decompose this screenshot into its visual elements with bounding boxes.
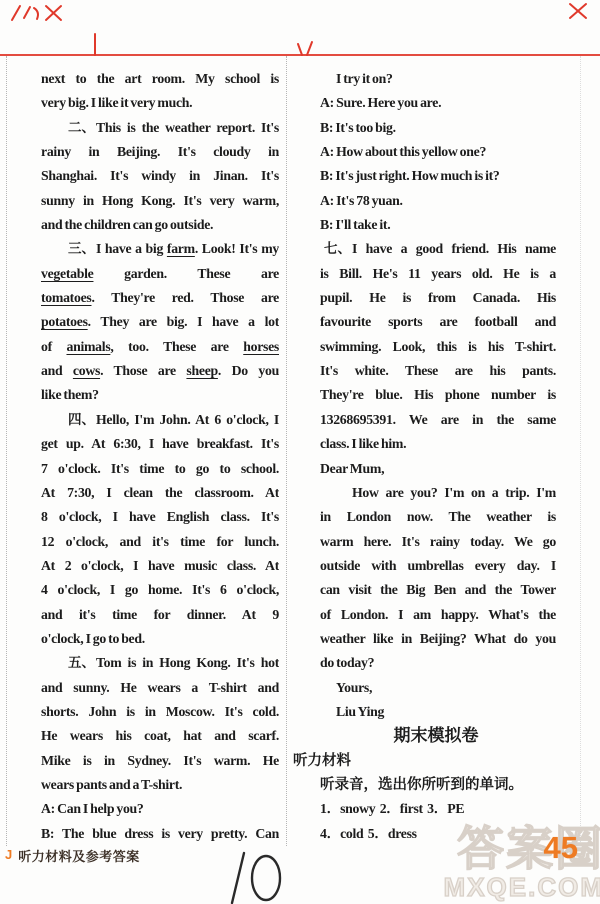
line-text: and it's time for dinner. At 9 <box>41 607 279 622</box>
line-text: They're blue. His phone number is <box>320 387 556 402</box>
line-text: class. I like him. <box>320 436 406 451</box>
line-text: B: It's just right. How much is it? <box>320 168 500 183</box>
line-text: and the children can go outside. <box>41 217 213 232</box>
line-text: 期末模拟卷 <box>394 726 479 745</box>
right-column-text: I try it on?A: Sure. Here you are.B: It'… <box>286 56 580 846</box>
text-line: 二、This is the weather report. It's <box>41 116 279 140</box>
text-line: tomatoes. They're red. Those are <box>41 286 279 310</box>
text-line: 六、A: Can I help you? <box>41 797 279 821</box>
handwritten-digit-0 <box>252 856 280 900</box>
red-comma-mark <box>34 8 38 19</box>
text-line: 期末模拟卷 <box>292 724 580 748</box>
text-line: 一、听录音，选出你所听到的单词。 <box>320 773 556 797</box>
text-line: do today? <box>320 651 556 675</box>
text-line: How are you? I'm on a trip. I'm <box>320 481 556 505</box>
text-line: At 2 o'clock, I have music class. At <box>41 554 279 578</box>
text-line: favourite sports are football and <box>320 310 556 334</box>
footer-bar: J 听力材料及参考答案 <box>5 845 140 865</box>
text-line: B: I'll take it. <box>320 213 556 237</box>
line-text: outside with umbrellas every day. I <box>320 558 556 573</box>
line-text: 12 o'clock, and it's time for lunch. <box>41 534 279 549</box>
line-text: weather like in Beijing? What do you <box>320 631 556 646</box>
line-text: 8 o'clock, I have English class. It's <box>41 509 279 524</box>
line-text: At 2 o'clock, I have music class. At <box>41 558 279 573</box>
text-line: B: It's just right. How much is it? <box>320 164 556 188</box>
line-text: Liu Ying <box>336 704 384 719</box>
line-text: sunny in Hong Kong. It's very warm, <box>41 193 279 208</box>
text-line: 听力材料 <box>293 749 529 773</box>
text-line: swimming. Look, this is his T-shirt. <box>320 335 556 359</box>
right-column: I try it on?A: Sure. Here you are.B: It'… <box>286 56 581 846</box>
line-text: A: It's 78 yuan. <box>320 193 403 208</box>
text-line: next to the art room. My school is <box>41 67 279 91</box>
line-text: favourite sports are football and <box>320 314 556 329</box>
text-line: Mike is in Sydney. It's warm. He <box>41 749 279 773</box>
text-line: 四、Hello, I'm John. At 6 o'clock, I <box>41 408 279 432</box>
page-number: 45 <box>544 830 578 866</box>
text-line: 4．cold 5．dress <box>320 822 556 846</box>
text-line: pupil. He is from Canada. His <box>320 286 556 310</box>
text-line: 8 o'clock, I have English class. It's <box>41 505 279 529</box>
left-column-text: next to the art room. My school isvery b… <box>7 56 286 846</box>
line-text: vegetable garden. These are <box>41 266 279 281</box>
line-text: Shanghai. It's windy in Jinan. It's <box>41 168 279 183</box>
text-line: vegetable garden. These are <box>41 262 279 286</box>
text-line: B: It's too big. <box>320 116 556 140</box>
line-text: in London now. The weather is <box>320 509 556 524</box>
text-line: o'clock, I go to bed. <box>41 627 279 651</box>
line-text: can visit the Big Ben and the Tower <box>320 582 556 597</box>
line-text: 1．snowy 2．first 3．PE <box>320 801 464 816</box>
line-text: next to the art room. My school is <box>41 71 279 86</box>
text-line: 13268695391. We are in the same <box>320 408 556 432</box>
line-text: I have a good friend. His name <box>352 241 556 256</box>
text-line: warm here. It's rainy today. We go <box>320 530 556 554</box>
line-text: o'clock, I go to bed. <box>41 631 145 646</box>
line-text: wears pants and a T-shirt. <box>41 777 182 792</box>
text-line: Yours, <box>320 676 556 700</box>
text-line: They're blue. His phone number is <box>320 383 556 407</box>
text-line: 三、I have a big farm. Look! It's my <box>41 237 279 261</box>
line-text: Mike is in Sydney. It's warm. He <box>41 753 279 768</box>
line-text: Dear Mum, <box>320 461 384 476</box>
line-text: Hello, I'm John. At 6 o'clock, I <box>96 412 279 427</box>
text-line: of London. I am happy. What's the <box>320 603 556 627</box>
text-line: 7 o'clock. It's time to go to school. <box>41 457 279 481</box>
footer-badge-icon: J <box>5 847 12 863</box>
text-line: Liu Ying <box>320 700 556 724</box>
line-text: 4 o'clock, I go home. It's 6 o'clock, <box>41 582 279 597</box>
line-text: B: It's too big. <box>320 120 396 135</box>
text-line: 4 o'clock, I go home. It's 6 o'clock, <box>41 578 279 602</box>
text-line: and the children can go outside. <box>41 213 279 237</box>
text-line: can visit the Big Ben and the Tower <box>320 578 556 602</box>
line-text: 13268695391. We are in the same <box>320 412 556 427</box>
line-text: 4．cold 5．dress <box>320 826 417 841</box>
text-line: get up. At 6:30, I have breakfast. It's <box>41 432 279 456</box>
text-line: A: Sure. Here you are. <box>320 91 556 115</box>
text-line: shorts. John is in Moscow. It's cold. <box>41 700 279 724</box>
red-x-mark-right <box>570 4 586 18</box>
handwritten-digit-1 <box>232 853 244 903</box>
workbook-page: next to the art room. My school isvery b… <box>0 0 600 904</box>
red-stroke <box>24 7 30 18</box>
line-text: I have a big farm. Look! It's my <box>96 241 279 256</box>
text-line: and sunny. He wears a T-shirt and <box>41 676 279 700</box>
text-line: very big. I like it very much. <box>41 91 279 115</box>
line-text: and cows. Those are sheep. Do you <box>41 363 279 378</box>
left-column: next to the art room. My school isvery b… <box>6 56 287 846</box>
line-text: A: Can I help you? <box>41 801 144 816</box>
text-line: and it's time for dinner. At 9 <box>41 603 279 627</box>
text-line: is Bill. He's 11 years old. He is a <box>320 262 556 286</box>
text-line: outside with umbrellas every day. I <box>320 554 556 578</box>
text-line: in London now. The weather is <box>320 505 556 529</box>
line-text: get up. At 6:30, I have breakfast. It's <box>41 436 279 451</box>
text-line: sunny in Hong Kong. It's very warm, <box>41 189 279 213</box>
line-text: Yours, <box>336 680 372 695</box>
text-line: 八、Dear Mum, <box>320 457 556 481</box>
text-line: B: The blue dress is very pretty. Can <box>41 822 279 846</box>
text-line: Shanghai. It's windy in Jinan. It's <box>41 164 279 188</box>
line-text: potatoes. They are big. I have a lot <box>41 314 279 329</box>
line-text: very big. I like it very much. <box>41 95 192 110</box>
text-line: He wears his coat, hat and scarf. <box>41 724 279 748</box>
text-line: class. I like him. <box>320 432 556 456</box>
text-line: and cows. Those are sheep. Do you <box>41 359 279 383</box>
line-text: like them? <box>41 387 99 402</box>
line-text: It's white. These are his pants. <box>320 363 556 378</box>
text-line: like them? <box>41 383 279 407</box>
line-text: swimming. Look, this is his T-shirt. <box>320 339 556 354</box>
text-line: 五、Tom is in Hong Kong. It's hot <box>41 651 279 675</box>
line-text: He wears his coat, hat and scarf. <box>41 728 279 743</box>
red-stroke <box>12 6 20 20</box>
line-text: How are you? I'm on a trip. I'm <box>352 485 556 500</box>
text-line: It's white. These are his pants. <box>320 359 556 383</box>
text-line: potatoes. They are big. I have a lot <box>41 310 279 334</box>
line-text: warm here. It's rainy today. We go <box>320 534 556 549</box>
line-text: This is the weather report. It's <box>96 120 279 135</box>
line-text: of London. I am happy. What's the <box>320 607 556 622</box>
text-line: A: How about this yellow one? <box>320 140 556 164</box>
handwritten-score-10 <box>222 845 292 904</box>
red-x-mark-left <box>46 6 61 20</box>
text-line: 七、I have a good friend. His name <box>320 237 556 261</box>
line-text: do today? <box>320 655 374 670</box>
line-text: At 7:30, I clean the classroom. At <box>41 485 279 500</box>
line-text: A: How about this yellow one? <box>320 144 486 159</box>
text-line: of animals, too. These are horses <box>41 335 279 359</box>
line-text: I try it on? <box>336 71 393 86</box>
text-line: At 7:30, I clean the classroom. At <box>41 481 279 505</box>
line-text: shorts. John is in Moscow. It's cold. <box>41 704 279 719</box>
text-line: weather like in Beijing? What do you <box>320 627 556 651</box>
line-text: 听力材料 <box>293 753 351 769</box>
footer-label: 听力材料及参考答案 <box>18 846 140 865</box>
line-text: Tom is in Hong Kong. It's hot <box>96 655 279 670</box>
line-text: 7 o'clock. It's time to go to school. <box>41 461 279 476</box>
line-text: of animals, too. These are horses <box>41 339 279 354</box>
watermark-domain: MXQE.COM <box>444 874 600 900</box>
text-line: I try it on? <box>320 67 556 91</box>
line-text: B: I'll take it. <box>320 217 390 232</box>
line-text: B: The blue dress is very pretty. Can <box>41 826 279 841</box>
line-text: is Bill. He's 11 years old. He is a <box>320 266 556 281</box>
line-text: pupil. He is from Canada. His <box>320 290 556 305</box>
line-text: 听录音，选出你所听到的单词。 <box>320 777 523 793</box>
text-line: 12 o'clock, and it's time for lunch. <box>41 530 279 554</box>
line-text: tomatoes. They're red. Those are <box>41 290 279 305</box>
text-line: rainy in Beijing. It's cloudy in <box>41 140 279 164</box>
line-text: A: Sure. Here you are. <box>320 95 441 110</box>
text-line: 1．snowy 2．first 3．PE <box>320 797 556 821</box>
line-text: and sunny. He wears a T-shirt and <box>41 680 279 695</box>
text-line: wears pants and a T-shirt. <box>41 773 279 797</box>
line-text: rainy in Beijing. It's cloudy in <box>41 144 279 159</box>
text-line: A: It's 78 yuan. <box>320 189 556 213</box>
